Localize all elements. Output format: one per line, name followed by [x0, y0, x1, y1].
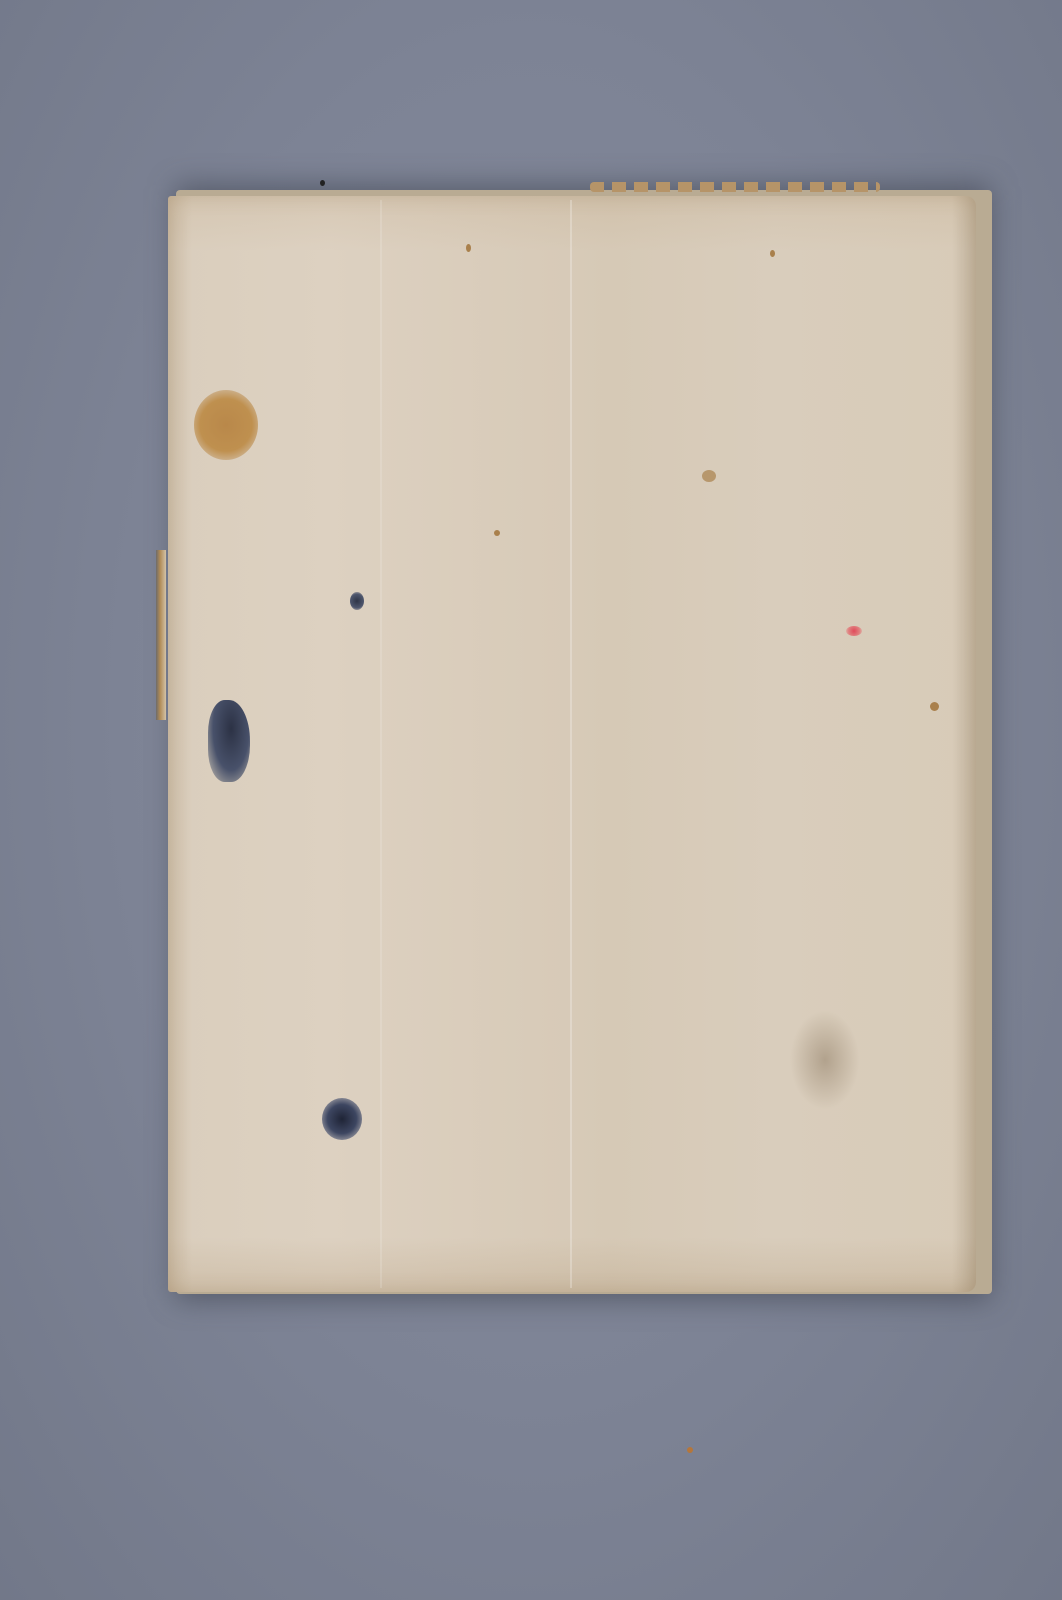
center-crease	[570, 200, 572, 1288]
book-cover	[168, 196, 976, 1292]
ink-spot-round	[322, 1098, 362, 1140]
spine-fold	[156, 550, 166, 720]
fleck	[770, 250, 775, 257]
smudge	[790, 1010, 860, 1110]
fleck	[930, 702, 939, 711]
fleck	[687, 1447, 693, 1453]
brown-stain	[194, 390, 258, 460]
red-mark	[846, 626, 862, 636]
ink-blot	[208, 700, 250, 782]
fleck	[466, 244, 471, 252]
left-crease	[380, 200, 382, 1288]
fleck	[320, 180, 325, 186]
torn-top-edge	[590, 182, 880, 192]
ink-spot-small	[350, 592, 364, 610]
fleck	[702, 470, 716, 482]
fleck	[494, 530, 500, 536]
